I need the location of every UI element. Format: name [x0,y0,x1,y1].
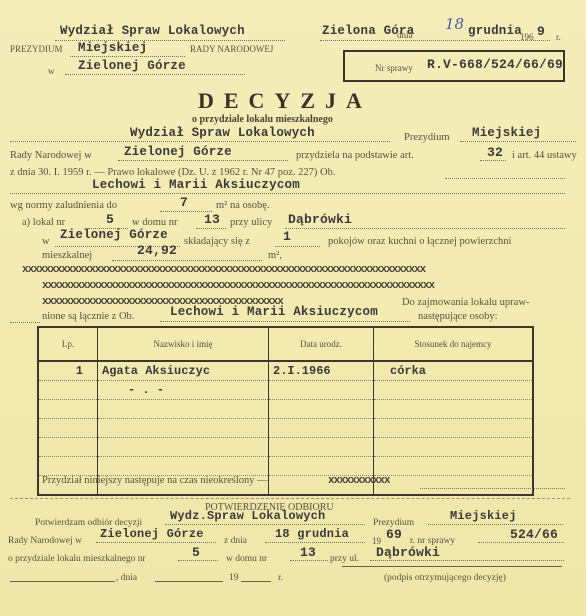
cell-relation: córka [374,361,534,381]
struck-line-1: xxxxxxxxxxxxxxxxxxxxxxxxxxxxxxxxxxxxxxxx… [22,264,574,276]
header-city: Zielonej Górze [78,59,186,73]
cell-relation [374,400,534,419]
art-number: 32 [487,145,503,160]
cell-name [98,438,269,457]
receipt-year-suffix: 69 [386,527,402,542]
cell-lp [38,438,98,457]
art44-label: i art. 44 ustawy [512,150,577,161]
table-row [38,419,533,438]
document-subtitle: o przydziale lokalu mieszkalnego [192,114,333,125]
receipt-date: 18 grudnia [275,527,349,541]
cell-name [98,457,269,476]
cell-date: 2.I.1966 [269,361,374,381]
recipients: Lechowi i Marii Aksiuczycom [92,178,300,192]
cell-name [98,400,269,419]
body-rady-label: Rady Narodowej w [10,150,92,161]
receipt-rady-label: Rady Narodowej w [8,536,82,546]
area-unit: m², [268,250,282,261]
period-struck: xxxxxxxxxxx [328,475,390,487]
table-row [38,438,533,457]
cell-relation [374,381,534,400]
case-number-box: Nr sprawy R.V-668/524/66/69 [343,50,565,82]
col-name: Nazwisko i imię [98,327,269,361]
r-label: r. [556,32,561,42]
cell-name: Agata Aksiuczyc [98,361,269,381]
cell-date [269,400,374,419]
assigns-label: przydziela na podstawie art. [296,150,414,161]
ulica-label: przy ulicy [230,217,272,228]
persons-table: Lp. Nazwisko i imię Data urodz. Stosunek… [37,326,534,496]
cell-name [98,419,269,438]
body-prezydium-value: Miejskiej [472,126,541,140]
dom-label: w domu nr [132,217,178,228]
receipt-z-dnia-label: z dnia [224,536,247,546]
receipt-lokal-nr: 5 [192,545,200,560]
receipt-case-number: 524/66 [510,527,558,542]
receipt-r-label: r. [278,573,283,583]
rady-narodowej-label: RADY NARODOWEJ [190,44,273,54]
receipt-ul-label: przy ul. [330,554,359,564]
law-text: z dnia 30. I. 1959 r. — Prawo lokalowe (… [10,167,335,178]
receipt-ulica: Dąbrówki [376,545,440,560]
receipt-prezydium-value: Miejskiej [450,509,517,523]
cell-relation [374,476,534,496]
cell-relation [374,438,534,457]
year-suffix: 9 [537,24,545,39]
lokal-label: a) lokal nr [22,217,65,228]
entitled-persons: Lechowi i Marii Aksiuczycom [170,305,378,319]
col-birthdate: Data urodz. [269,327,374,361]
signature-label: (podpis otrzymującego decyzję) [384,573,506,583]
body-city-2: Zielonej Górze [60,228,168,242]
cell-lp [38,419,98,438]
col-lp: Lp. [38,327,98,361]
cell-date [269,438,374,457]
case-number-label: Nr sprawy [375,63,413,73]
receipt-dom-label: w domu nr [226,554,267,564]
receipt-dom-nr: 13 [300,545,316,560]
header-month: grudnia [468,24,522,38]
cell-lp: 1 [38,361,98,381]
dom-nr: 13 [204,212,220,227]
rooms-label: składający się z [184,236,250,247]
prezydium-label: PREZYDIUM [10,44,63,54]
entitled-label: Do zajmowania lokalu upraw- [402,297,529,308]
cell-name: - . - [98,381,269,400]
dnia-label: dnia [397,30,413,40]
cell-relation [374,419,534,438]
table-row [38,457,533,476]
receipt-department: Wydz.Spraw Lokalowych [170,509,325,523]
receipt-city: Zielonej Górze [100,527,204,541]
area-value: 24,92 [137,243,177,258]
header-department: Wydział Spraw Lokalowych [60,24,245,38]
signature-line [342,566,562,567]
col-relation: Stosunek do najemcy [374,327,534,361]
cell-date [269,457,374,476]
rooms-suffix: pokojów oraz kuchni o łącznej powierzchn… [328,236,511,247]
norm-label: wg normy zaludnienia do [10,200,117,211]
norm-unit: m² na osobę. [216,200,270,211]
day-handwritten: 18 [445,15,464,33]
prezydium-value: Miejskiej [78,41,147,55]
cell-lp [38,381,98,400]
table-row: 1 Agata Aksiuczyc 2.I.1966 córka [38,361,533,381]
entitled-label-2: nione są łącznie z Ob. [42,311,134,322]
receipt-lokal-label: o przydziale lokalu mieszkalnego nr [8,554,146,564]
period-label: Przydział niniejszy następuje na czas ni… [42,475,268,486]
body-department: Wydział Spraw Lokalowych [130,126,315,140]
cell-relation [374,457,534,476]
struck-line-2: xxxxxxxxxxxxxxxxxxxxxxxxxxxxxxxxxxxxxxxx… [42,280,574,292]
receipt-dnia-label: , dnia [116,573,137,583]
w-label: w [48,66,55,76]
norm-value: 7 [180,195,188,210]
lokal-nr: 5 [106,212,114,227]
rooms: 1 [283,229,291,244]
following-label: następujące osoby: [418,311,498,322]
document-title: DECYZJA [198,88,372,114]
body-prezydium-label: Prezydium [404,132,450,143]
cell-date [269,419,374,438]
cell-lp [38,400,98,419]
table-row: - . - [38,381,533,400]
body-city: Zielonej Górze [124,145,232,159]
cell-date [269,381,374,400]
case-number: R.V-668/524/66/69 [427,57,563,72]
area-label: mieszkalnej [42,250,92,261]
cell-lp [38,457,98,476]
table-row [38,400,533,419]
w-label-2: w [42,236,50,247]
receipt-year-label: 19 [229,573,239,583]
ulica: Dąbrówki [288,212,352,227]
